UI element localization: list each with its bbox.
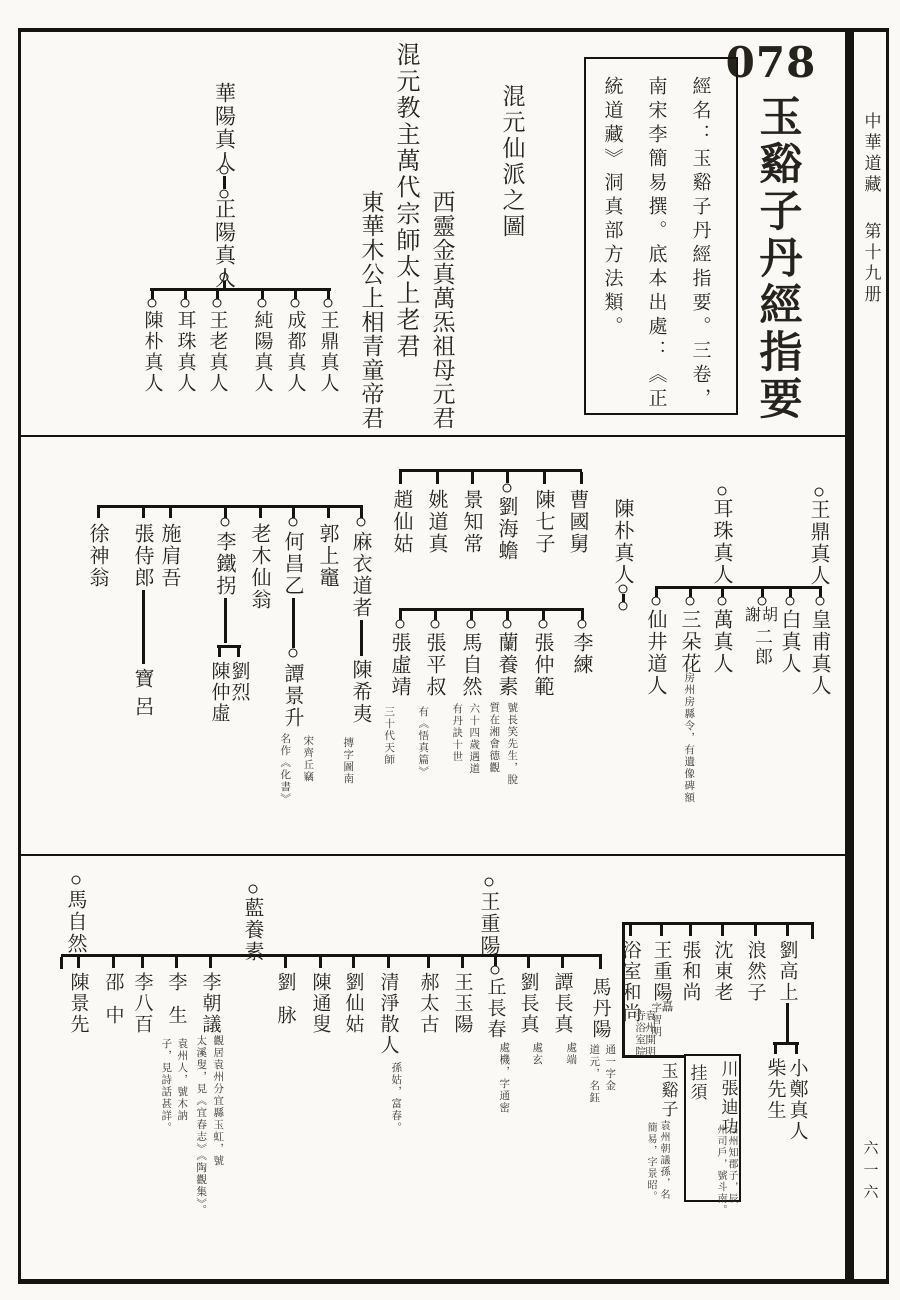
person-name: 麻衣道者 <box>351 531 371 619</box>
person-name: 清淨散人 <box>379 972 398 1056</box>
person-name: 蘭養素 <box>497 632 517 698</box>
connector-line <box>224 508 227 518</box>
person-name: 王玉陽 <box>453 972 472 1035</box>
connector-line <box>97 508 100 518</box>
person-name: 陳通叟 <box>311 972 330 1035</box>
annotation-note: 太溪叟，見《宜春志》《陶觀集》。 <box>196 1035 207 1217</box>
person-name: 趙仙姑 <box>392 489 412 555</box>
person-name: 王老真人 <box>208 310 227 394</box>
connector-line <box>795 1045 798 1054</box>
connector-circle <box>652 597 661 606</box>
annotation-note: 寺浴室院 <box>635 1010 646 1058</box>
connector-line <box>461 957 464 968</box>
annotation-note: 名作《化書》 <box>280 733 291 805</box>
person-name: 耳珠真人 <box>176 310 195 394</box>
person-name: 沈東老 <box>713 940 732 1003</box>
person-name: 小鄭真人 <box>788 1058 807 1142</box>
connector-line <box>629 925 632 936</box>
connector-line <box>175 957 178 968</box>
frame-bottom <box>18 1279 889 1284</box>
person-name: 劉仙姑 <box>344 972 363 1035</box>
connector-circle <box>578 620 587 629</box>
colophon-column-2: 南宋李簡易撰。底本出處：《正 <box>647 76 666 412</box>
connector-line <box>360 620 363 656</box>
connector-line <box>60 957 63 969</box>
person-name: 浪然子 <box>746 940 765 1003</box>
annotation-note: 昌州知郡子，辰 <box>726 1124 736 1205</box>
connector-circle <box>148 299 157 308</box>
connector-circle <box>324 299 333 308</box>
connector-line <box>292 508 295 518</box>
connector-line <box>224 598 227 643</box>
annotation-note: 質在湘會德觀 <box>489 702 500 774</box>
person-name: 劉烈 <box>230 661 249 703</box>
margin-folio-number: 六一六 <box>863 1140 878 1206</box>
annotation-note: 摶字圖南 <box>343 737 354 785</box>
annotation-note: 簡易，字景昭。 <box>645 1122 655 1203</box>
colophon-column-1: 經名：玉谿子丹經指要。三卷， <box>691 76 710 412</box>
connector-line <box>169 508 172 518</box>
person-name: 丘長春 <box>486 977 505 1040</box>
annotation-note: 處機，字通密 <box>499 1042 510 1114</box>
connector-line <box>97 505 363 508</box>
connector-line <box>319 957 322 968</box>
connector-circle <box>431 620 440 629</box>
annotation-note: 處端 <box>566 1042 577 1066</box>
connector-line <box>561 957 564 968</box>
person-name: 馬自然 <box>66 889 86 955</box>
person-name: 成都真人 <box>286 310 305 394</box>
person-name: 郭上竈 <box>318 523 338 589</box>
margin-series-title: 中華道藏 <box>862 112 879 196</box>
annotation-note: 有丹訣十世 <box>452 703 463 763</box>
annotation-note: 袁州人，號木訥 <box>177 1038 188 1122</box>
person-name: 正陽真人 <box>214 198 235 290</box>
west-matriarch-line: 西靈金真萬炁祖母元君 <box>430 190 453 430</box>
connector-line <box>292 598 295 648</box>
person-name: 李鐵拐 <box>215 531 235 597</box>
connector-line <box>786 1003 789 1044</box>
connector-line <box>284 957 287 968</box>
connector-line <box>218 648 221 657</box>
connector-line <box>655 586 822 589</box>
connector-circle <box>72 876 81 885</box>
person-name: 劉長真 <box>519 972 538 1035</box>
person-name: 劉脉 <box>276 972 295 1038</box>
annotation-note: 袁州開明 <box>645 1010 656 1058</box>
annotation-note: 觀居袁州分宜縣玉虹，號 <box>213 1035 224 1167</box>
person-name: 劉高上 <box>778 940 797 1003</box>
connector-line <box>599 957 602 969</box>
connector-circle <box>491 966 500 975</box>
person-name: 李八百 <box>133 972 152 1035</box>
person-name: 劉海蟾 <box>497 496 517 562</box>
connector-circle <box>396 620 405 629</box>
person-name: 姚道真 <box>427 489 447 555</box>
person-name: 景知常 <box>462 489 482 555</box>
person-name: 陳希夷 <box>351 659 371 725</box>
frame-top <box>18 28 889 32</box>
connector-line <box>141 957 144 968</box>
patriarch-line: 混元教主萬代宗師太上老君 <box>394 42 418 360</box>
person-name: 王重陽 <box>652 940 671 1003</box>
person-name: 李練 <box>572 632 592 676</box>
person-name: 陳景先 <box>69 972 88 1035</box>
connector-line <box>721 925 724 936</box>
connector-circle <box>619 602 628 611</box>
section-rule-1 <box>21 435 845 437</box>
connector-circle <box>686 597 695 606</box>
annotation-note: 子，見詩話甚詳。 <box>161 1038 172 1134</box>
catalog-number: 078 <box>726 38 817 87</box>
page-title: 玉谿子丹經指要 <box>756 94 799 423</box>
person-name: 張虛靖 <box>390 632 410 698</box>
person-name: 陳朴真人 <box>143 310 162 394</box>
annotation-note: 嚞 <box>661 1000 673 1014</box>
connector-line <box>259 508 262 518</box>
person-name: 老木仙翁 <box>250 523 270 611</box>
person-name: 白真人 <box>780 609 800 675</box>
person-name: 寶呂 <box>133 668 153 724</box>
connector-circle <box>181 299 190 308</box>
connector-line <box>543 472 546 484</box>
person-name: 李生 <box>167 972 186 1038</box>
connector-line <box>399 472 402 484</box>
margin-volume-label: 第十九册 <box>862 222 879 306</box>
connector-circle <box>815 488 824 497</box>
section-rule-2 <box>21 854 845 856</box>
person-name: 三朵花 <box>680 609 700 675</box>
annotation-note: 有《悟真篇》 <box>418 706 429 778</box>
connector-circle <box>291 299 300 308</box>
connector-circle <box>718 597 727 606</box>
person-name: 張平叔 <box>425 632 445 698</box>
person-name: 馬丹陽 <box>591 977 610 1040</box>
annotation-note: 房州房縣令，有遺像碑額 <box>684 672 695 804</box>
person-name: 譚景升 <box>283 663 303 729</box>
person-name: 張侍郎 <box>133 523 153 589</box>
connector-circle <box>289 649 298 658</box>
connector-circle <box>249 885 258 894</box>
connector-line <box>660 925 663 936</box>
annotation-note: 號長笑先生，脫 <box>507 702 518 786</box>
connector-circle <box>289 518 298 527</box>
person-name: 徐神翁 <box>88 523 108 589</box>
person-name: 純陽真人 <box>253 310 272 394</box>
person-name: 王重陽 <box>479 891 499 957</box>
person-name: 馬自然 <box>461 632 481 698</box>
frame-outer-right <box>886 28 889 1284</box>
connector-line <box>352 957 355 968</box>
person-name: 陳七子 <box>534 489 554 555</box>
person-name: 郝太古 <box>419 972 438 1035</box>
connector-line <box>327 508 330 518</box>
person-name: 何昌乙 <box>283 531 303 597</box>
frame-left <box>18 28 21 1284</box>
annotation-note: 宋齊丘竊 <box>303 735 314 783</box>
connector-line <box>774 1045 777 1054</box>
connector-circle <box>503 620 512 629</box>
annotation-note: 六十四歲遇道 <box>469 703 480 775</box>
connector-line <box>436 472 439 484</box>
connector-line <box>689 925 692 936</box>
diagram-title: 混元仙派之圖 <box>500 84 523 240</box>
connector-line <box>580 472 583 484</box>
person-name: 柴先生 <box>766 1058 785 1121</box>
person-name: 邵中 <box>104 972 123 1038</box>
person-name: 李朝議 <box>201 972 220 1035</box>
connector-circle <box>786 597 795 606</box>
connector-line <box>142 508 145 518</box>
connector-line <box>527 957 530 968</box>
person-name: 張和尚 <box>681 940 700 1003</box>
person-name: 陳仲虛 <box>210 661 229 724</box>
annotation-note: 三十代天師 <box>384 706 395 766</box>
connector-circle <box>539 620 548 629</box>
connector-line <box>150 288 331 291</box>
connector-circle <box>221 518 230 527</box>
person-name: 王鼎真人 <box>809 499 829 587</box>
connector-line <box>427 957 430 968</box>
person-name: 耳珠真人 <box>712 498 732 586</box>
person-name: 仙井道人 <box>646 609 666 697</box>
connector-line <box>399 469 582 472</box>
annotation-note: 孫姑，富春。 <box>391 1062 402 1134</box>
person-name: 華陽真人 <box>214 82 235 174</box>
connector-line <box>387 957 390 968</box>
connector-line <box>237 648 240 657</box>
connector-circle <box>718 487 727 496</box>
person-name: 施肩吾 <box>160 523 180 589</box>
connector-circle <box>485 878 494 887</box>
connector-circle <box>213 299 222 308</box>
connector-line <box>112 957 115 968</box>
annotation-note: 道元，名鈺 <box>589 1044 600 1104</box>
paired-person-name: 謝胡二郎 <box>745 607 779 667</box>
connector-line <box>506 472 509 483</box>
connector-circle <box>816 597 825 606</box>
person-name: 萬真人 <box>712 609 732 675</box>
person-name: 皇甫真人 <box>810 609 830 697</box>
connector-line <box>209 957 212 968</box>
scanned-page: 中華道藏 第十九册 六一六 078 玉谿子丹經指要 經名：玉谿子丹經指要。三卷，… <box>0 0 900 1300</box>
annotation-note: 袁州朝議孫，名 <box>658 1120 668 1201</box>
connector-circle <box>503 484 512 493</box>
annotation-note: 州司戶，號斗南。 <box>715 1124 725 1216</box>
annotation-note: 處玄 <box>532 1042 543 1066</box>
person-name: 張仲範 <box>533 632 553 698</box>
connector-line <box>223 176 226 189</box>
connector-line <box>142 590 145 664</box>
connector-line <box>360 508 363 518</box>
person-name: 玉谿子 <box>659 1062 676 1119</box>
annotation-note: 通一字金 <box>605 1044 616 1092</box>
connector-circle <box>357 518 366 527</box>
connector-line <box>811 925 814 939</box>
connector-line <box>399 608 584 611</box>
connector-line <box>77 957 80 968</box>
person-name: 譚長真 <box>553 972 572 1035</box>
connector-line <box>754 925 757 936</box>
person-name: 挂須 <box>688 1064 705 1102</box>
connector-line <box>471 472 474 484</box>
connector-circle <box>467 620 476 629</box>
person-name: 藍養素 <box>243 897 263 963</box>
connector-circle <box>258 299 267 308</box>
colophon-column-3: 統道藏》洞真部方法類。 <box>603 76 622 340</box>
person-name: 王鼎真人 <box>319 310 338 394</box>
person-name: 陳朴真人 <box>613 498 633 586</box>
connector-line <box>786 925 789 936</box>
frame-inner-right <box>845 28 854 1284</box>
person-name: 曹國舅 <box>568 489 588 555</box>
east-patriarch-line: 東華木公上相青童帝君 <box>359 190 382 430</box>
